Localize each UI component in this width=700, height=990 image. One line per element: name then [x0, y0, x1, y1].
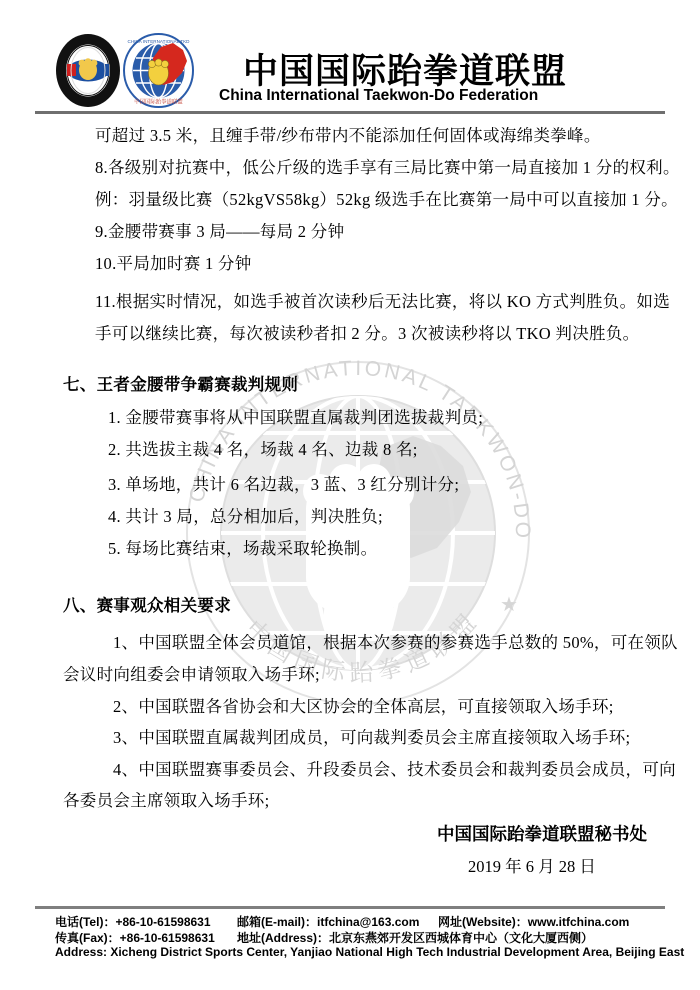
- footer-contact-item: 地址(Address)：北京东燕郊开发区西城体育中心（文化大厦西侧）: [237, 929, 593, 946]
- document-page: CHINA INTERNATIONAL TAEKWON-DO FEDERATIO…: [0, 0, 700, 990]
- signature-date: 2019 年 6 月 28 日: [468, 853, 596, 877]
- body-text-line: 各委员会主席领取入场手环;: [63, 787, 269, 811]
- body-text-line: 8.各级别对抗赛中，低公斤级的选手享有三局比赛中第一局直接加 1 分的权利。: [95, 154, 680, 178]
- body-text-line: 手可以继续比赛，每次被读秒者扣 2 分。3 次被读秒将以 TKO 判决胜负。: [95, 320, 639, 344]
- footer-contact-item: Address: Xicheng District Sports Center,…: [55, 945, 684, 959]
- body-text-line: 会议时向组委会申请领取入场手环;: [63, 661, 320, 685]
- body-text-line: 3. 单场地，共计 6 名边裁，3 蓝、3 红分别计分;: [108, 471, 459, 495]
- svg-text:中国国际跆拳道联盟: 中国国际跆拳道联盟: [134, 98, 183, 106]
- signature-org: 中国国际跆拳道联盟秘书处: [437, 821, 647, 846]
- footer-contact-item: 传真(Fax)：+86-10-61598631: [55, 929, 215, 946]
- body-text-line: 2. 共选拔主裁 4 名，场裁 4 名、边裁 8 名;: [108, 436, 418, 460]
- body-text-line: 5. 每场比赛结束，场裁采取轮换制。: [108, 535, 377, 559]
- watermark-star-right: ★: [500, 594, 518, 616]
- svg-text:CHINA INTERNATIONAL TKD: CHINA INTERNATIONAL TKD: [128, 39, 191, 44]
- org-title-en: China International Taekwon-Do Federatio…: [219, 87, 538, 105]
- body-text-line: 4. 共计 3 局，总分相加后，判决胜负;: [108, 503, 383, 527]
- body-text-line: 9.金腰带赛事 3 局——每局 2 分钟: [95, 218, 344, 242]
- header-divider-line: [35, 111, 665, 114]
- body-text-line: 例：羽量级比赛（52kgVS58kg）52kg 级选手在比赛第一局中可以直接加 …: [95, 186, 678, 210]
- body-text-line: 11.根据实时情况，如选手被首次读秒后无法比赛，将以 KO 方式判胜负。如选: [95, 288, 670, 312]
- itf-international-logo: [55, 33, 121, 108]
- china-itf-logo: CHINA INTERNATIONAL TKD 中国国际跆拳道联盟: [123, 33, 194, 108]
- footer-contact-item: 网址(Website)：www.itfchina.com: [438, 913, 629, 930]
- body-text-line: 4、中国联盟赛事委员会、升段委员会、技术委员会和裁判委员会成员，可向: [113, 756, 676, 780]
- section-heading: 八、赛事观众相关要求: [63, 592, 231, 616]
- footer-contact-item: 邮箱(E-mail)：itfchina@163.com: [237, 913, 419, 930]
- body-text-line: 3、中国联盟直属裁判团成员，可向裁判委员会主席直接领取入场手环;: [113, 724, 630, 748]
- body-text-line: 1. 金腰带赛事将从中国联盟直属裁判团选拔裁判员;: [108, 404, 483, 428]
- footer-divider-line: [35, 906, 665, 909]
- body-text-line: 2、中国联盟各省协会和大区协会的全体高层，可直接领取入场手环;: [113, 693, 614, 717]
- body-text-line: 可超过 3.5 米，且缠手带/纱布带内不能添加任何固体或海绵类拳峰。: [95, 122, 601, 146]
- body-text-line: 1、中国联盟全体会员道馆，根据本次参赛的参赛选手总数的 50%，可在领队: [113, 629, 678, 653]
- body-text-line: 10.平局加时赛 1 分钟: [95, 250, 252, 274]
- footer-contact-item: 电话(Tel)：+86-10-61598631: [55, 913, 211, 930]
- section-heading: 七、王者金腰带争霸赛裁判规则: [63, 371, 298, 395]
